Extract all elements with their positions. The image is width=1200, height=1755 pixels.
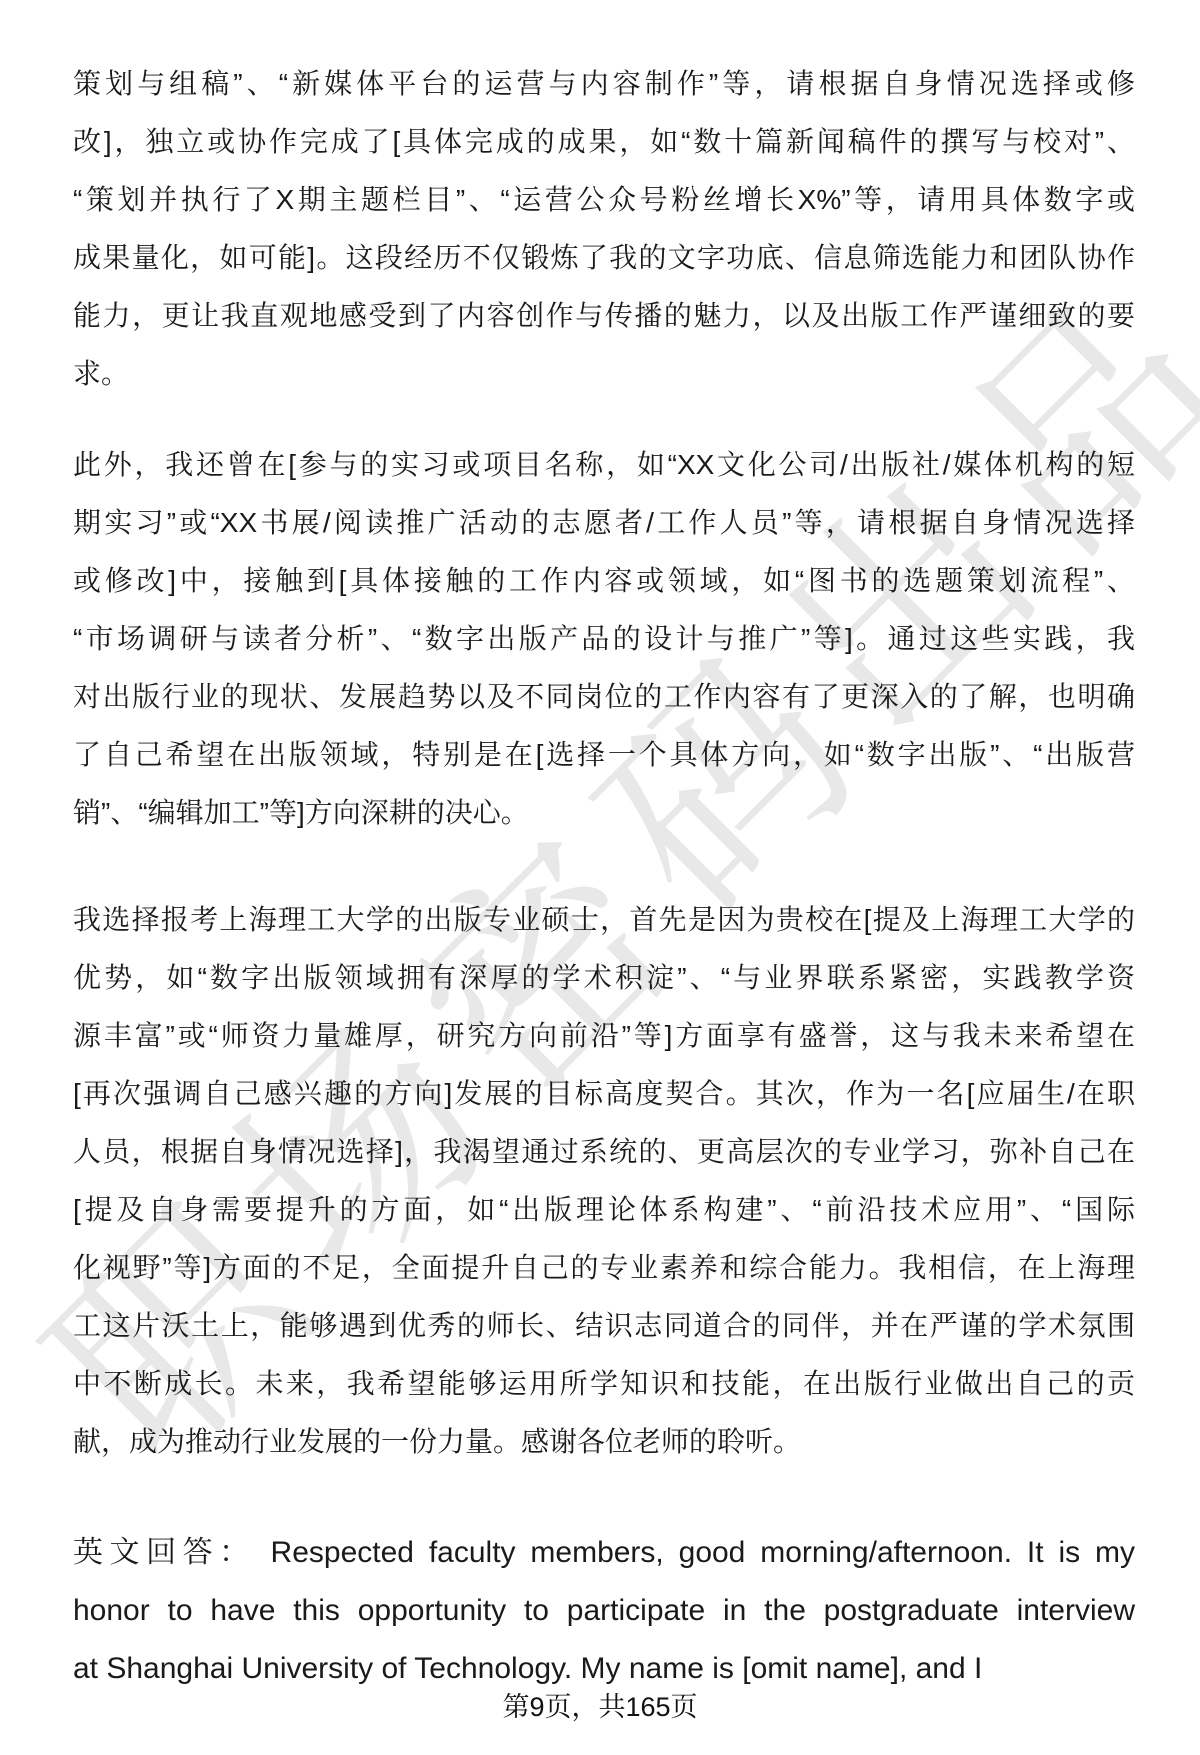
- text-line: 人员，根据自身情况选择]，我渴望通过系统的、更高层次的专业学习，弥补自己在: [73, 1123, 1135, 1181]
- text-line: 成果量化，如可能]。这段经历不仅锻炼了我的文字功底、信息筛选能力和团队协作: [73, 229, 1135, 287]
- text-line: “市场调研与读者分析”、“数字出版产品的设计与推广”等]。通过这些实践，我: [73, 610, 1135, 668]
- paragraph-internship-achievements: 策划与组稿”、“新媒体平台的运营与内容制作”等，请根据自身情况选择或修改]，独立…: [73, 55, 1135, 403]
- text-line: 工这片沃土上，能够遇到优秀的师长、结识志同道合的同伴，并在严谨的学术氛围: [73, 1297, 1135, 1355]
- page-number: 第9页，共165页: [0, 1690, 1200, 1724]
- text-line: 销”、“编辑加工”等]方向深耕的决心。: [73, 784, 1135, 842]
- paragraph-additional-experience: 此外，我还曾在[参与的实习或项目名称，如“XX文化公司/出版社/媒体机构的短期实…: [73, 436, 1135, 842]
- text-line: 我选择报考上海理工大学的出版专业硕士，首先是因为贵校在[提及上海理工大学的: [73, 891, 1135, 949]
- text-line: 化视野”等]方面的不足，全面提升自己的专业素养和综合能力。我相信，在上海理: [73, 1239, 1135, 1297]
- text-line: [再次强调自己感兴趣的方向]发展的目标高度契合。其次，作为一名[应届生/在职: [73, 1065, 1135, 1123]
- text-line: 了自己希望在出版领域，特别是在[选择一个具体方向，如“数字出版”、“出版营: [73, 726, 1135, 784]
- text-line: 求。: [73, 345, 1135, 403]
- text-line: 源丰富”或“师资力量雄厚，研究方向前沿”等]方面享有盛誉，这与我未来希望在: [73, 1007, 1135, 1065]
- text-line: honor to have this opportunity to partic…: [73, 1582, 1135, 1640]
- text-line: 中不断成长。未来，我希望能够运用所学知识和技能，在出版行业做出自己的贡: [73, 1355, 1135, 1413]
- text-line: 对出版行业的现状、发展趋势以及不同岗位的工作内容有了更深入的了解，也明确: [73, 668, 1135, 726]
- paragraph-why-this-university: 我选择报考上海理工大学的出版专业硕士，首先是因为贵校在[提及上海理工大学的优势，…: [73, 891, 1135, 1471]
- text-line: 优势，如“数字出版领域拥有深厚的学术积淀”、“与业界联系紧密，实践教学资: [73, 949, 1135, 1007]
- paragraph-english-answer: 英文回答： Respected faculty members, good mo…: [73, 1524, 1135, 1698]
- text-line: 期实习”或“XX书展/阅读推广活动的志愿者/工作人员”等，请根据自身情况选择: [73, 494, 1135, 552]
- text-line: 献，成为推动行业发展的一份力量。感谢各位老师的聆听。: [73, 1413, 1135, 1471]
- text-line: 或修改]中，接触到[具体接触的工作内容或领域，如“图书的选题策划流程”、: [73, 552, 1135, 610]
- document-content: 策划与组稿”、“新媒体平台的运营与内容制作”等，请根据自身情况选择或修改]，独立…: [73, 55, 1135, 1698]
- text-line: [提及自身需要提升的方面，如“出版理论体系构建”、“前沿技术应用”、“国际: [73, 1181, 1135, 1239]
- text-line: 英文回答： Respected faculty members, good mo…: [73, 1524, 1135, 1582]
- text-line: 此外，我还曾在[参与的实习或项目名称，如“XX文化公司/出版社/媒体机构的短: [73, 436, 1135, 494]
- document-page: 职场密码出品 策划与组稿”、“新媒体平台的运营与内容制作”等，请根据自身情况选择…: [0, 0, 1200, 1755]
- text-line: “策划并执行了X期主题栏目”、“运营公众号粉丝增长X%”等，请用具体数字或: [73, 171, 1135, 229]
- text-line: 能力，更让我直观地感受到了内容创作与传播的魅力，以及出版工作严谨细致的要: [73, 287, 1135, 345]
- text-line: 改]，独立或协作完成了[具体完成的成果，如“数十篇新闻稿件的撰写与校对”、: [73, 113, 1135, 171]
- text-line: 策划与组稿”、“新媒体平台的运营与内容制作”等，请根据自身情况选择或修: [73, 55, 1135, 113]
